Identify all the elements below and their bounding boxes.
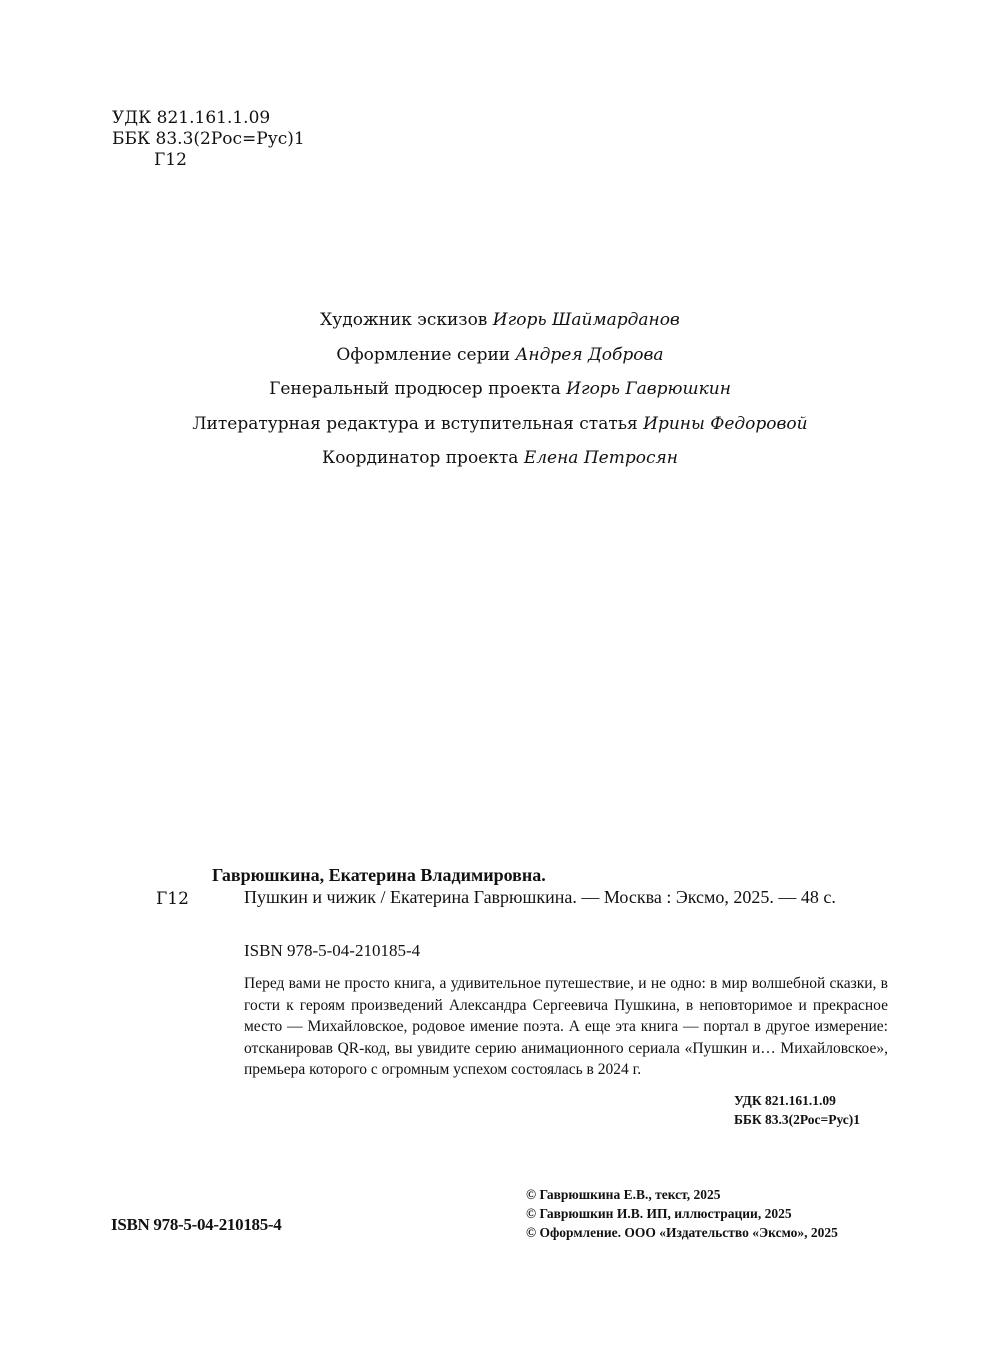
bbk-code: ББК 83.3(2Рос=Рус)1 [734,1110,860,1129]
bottom-isbn: ISBN 978-5-04-210185-4 [111,1215,281,1235]
catalog-card: Гаврюшкина, Екатерина Владимировна. Пушк… [212,864,876,908]
top-classification-codes: УДК 821.161.1.09 ББК 83.3(2Рос=Рус)1 Г12 [112,108,305,171]
credits-block: Художник эскизов Игорь Шаймарданов Оформ… [0,306,1000,479]
copyright-line: © Гаврюшкин И.В. ИП, иллюстрации, 2025 [526,1204,838,1223]
credit-name: Андрея Доброва [516,345,664,365]
credit-name: Игорь Шаймарданов [493,310,680,330]
credit-line: Литературная редактура и вступительная с… [0,410,1000,445]
credit-line: Оформление серии Андрея Доброва [0,341,1000,376]
credit-line: Художник эскизов Игорь Шаймарданов [0,306,1000,341]
catalog-annotation: Перед вами не просто книга, а удивительн… [244,973,888,1081]
credit-role: Генеральный продюсер проекта [269,379,561,399]
author-mark: Г12 [112,150,305,171]
credit-role: Литературная редактура и вступительная с… [192,414,637,434]
credit-role: Оформление серии [336,345,510,365]
catalog-classification-codes: УДК 821.161.1.09 ББК 83.3(2Рос=Рус)1 [734,1091,860,1129]
copyright-line: © Оформление. ООО «Издательство «Эксмо»,… [526,1223,838,1242]
catalog-author-mark: Г12 [156,887,189,911]
credit-role: Координатор проекта [322,448,518,468]
credit-name: Ирины Федоровой [643,414,807,434]
catalog-author: Гаврюшкина, Екатерина Владимировна. [212,864,876,886]
bbk-code: ББК 83.3(2Рос=Рус)1 [112,129,305,150]
annotation-text: Перед вами не просто книга, а удивительн… [244,973,888,1081]
catalog-description: Пушкин и чижик / Екатерина Гаврюшкина. —… [212,886,876,908]
catalog-isbn: ISBN 978-5-04-210185-4 [244,941,420,961]
credit-name: Елена Петросян [524,448,678,468]
credit-line: Генеральный продюсер проекта Игорь Гаврю… [0,375,1000,410]
copyright-block: © Гаврюшкина Е.В., текст, 2025 © Гаврюшк… [526,1185,838,1242]
udk-code: УДК 821.161.1.09 [112,108,305,129]
credit-name: Игорь Гаврюшкин [566,379,731,399]
copyright-line: © Гаврюшкина Е.В., текст, 2025 [526,1185,838,1204]
credit-role: Художник эскизов [320,310,487,330]
udk-code: УДК 821.161.1.09 [734,1091,860,1110]
credit-line: Координатор проекта Елена Петросян [0,444,1000,479]
